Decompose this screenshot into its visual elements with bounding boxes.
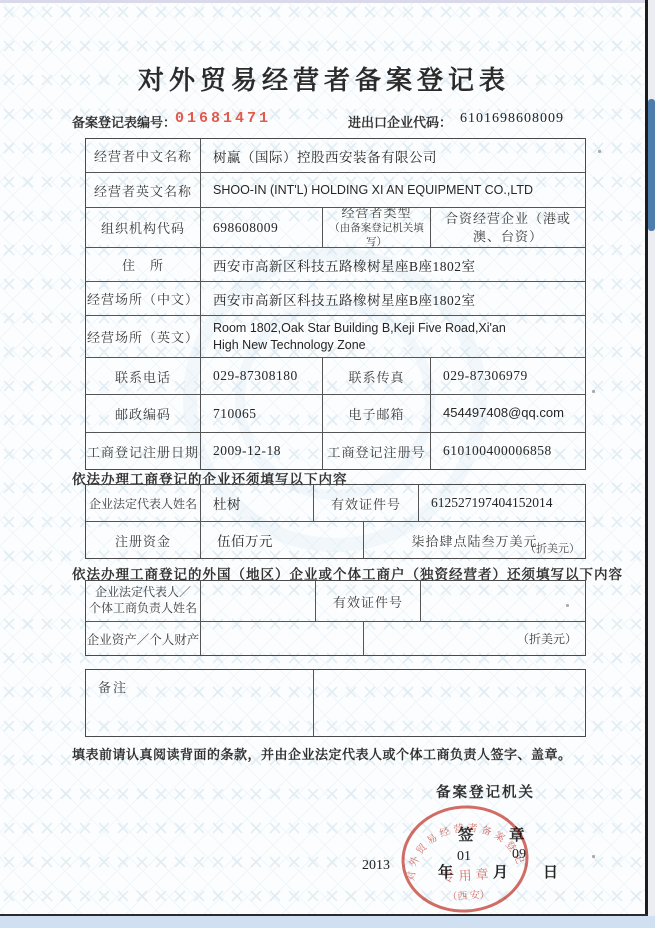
biz-place-en-value: Room 1802,Oak Star Building B,Keji Five … — [201, 316, 585, 358]
reg-date-value: 2009-12-18 — [201, 433, 323, 469]
biz-place-cn-value: 西安市高新区科技五路橡树星座B座1802室 — [201, 282, 585, 316]
reg-no-label: 工商登记注册号 — [323, 433, 431, 469]
usd-note: （折美元） — [525, 540, 580, 556]
foreign-rep-label-cell: 企业法定代表人／ 个体工商负责人姓名 — [86, 581, 201, 622]
remarks-divider — [313, 670, 314, 736]
instruction-note: 填表前请认真阅读背面的条款，并由企业法定代表人或个体工商负责人签字、盖章。 — [72, 744, 572, 763]
official-red-stamp: 对外贸易经营者备案登记 专用章 （西 安） — [395, 798, 540, 920]
email-label: 电子邮箱 — [323, 395, 431, 433]
biz-place-en-label: 经营场所（英文） — [86, 316, 201, 358]
en-name-value: SHOO-IN (INT'L) HOLDING XI AN EQUIPMENT … — [201, 173, 585, 208]
date-day-unit: 日 — [543, 861, 558, 882]
cn-name-value: 树赢（国际）控股西安装备有限公司 — [201, 139, 585, 173]
enterprise-code-label: 进出口企业代码： — [348, 112, 452, 131]
foreign-rep-label-line1: 企业法定代表人／ — [95, 585, 191, 601]
legal-rep-label: 企业法定代表人姓名 — [86, 485, 201, 522]
page-title: 对外贸易经营者备案登记表 — [0, 60, 648, 97]
email-value: 454497408@qq.com — [431, 395, 585, 433]
fax-value: 029-87306979 — [431, 358, 585, 395]
id-number-value: 612527197404152014 — [419, 485, 585, 522]
assets-value-empty — [201, 622, 364, 655]
form-number-label: 备案登记表编号： — [72, 112, 176, 131]
section3-table: 企业法定代表人／ 个体工商负责人姓名 有效证件号 企业资产／个人财产 （折美元） — [85, 580, 586, 656]
fax-label: 联系传真 — [323, 358, 431, 395]
foreign-rep-label-line2: 个体工商负责人姓名 — [89, 601, 197, 617]
en-name-label: 经营者英文名称 — [86, 173, 201, 208]
phone-value: 029-87308180 — [201, 358, 323, 395]
scan-speck — [566, 604, 569, 607]
operator-type-sublabel: （由备案登记机关填写） — [323, 222, 430, 248]
assets-usd-note: （折美元） — [364, 622, 585, 655]
biz-place-cn-label: 经营场所（中文） — [86, 282, 201, 316]
enterprise-code-value: 6101698608009 — [460, 111, 564, 127]
main-info-table: 经营者中文名称 树赢（国际）控股西安装备有限公司 经营者英文名称 SHOO-IN… — [85, 138, 586, 470]
stamp-bottom-text: （西 安） — [447, 887, 490, 903]
scan-edge-top — [0, 0, 655, 3]
assets-label: 企业资产／个人财产 — [86, 622, 201, 655]
address-label: 住 所 — [86, 248, 201, 282]
scanned-registration-form-page: 对外贸易经营者备案登记表 备案登记表编号： 01681471 进出口企业代码： … — [0, 0, 655, 928]
section2-table: 企业法定代表人姓名 杜树 有效证件号 612527197404152014 注册… — [85, 484, 586, 559]
scan-speck — [592, 390, 595, 393]
reg-capital-value: 伍佰万元 — [201, 522, 364, 558]
reg-capital-label: 注册资金 — [86, 522, 201, 558]
address-value: 西安市高新区科技五路橡树星座B座1802室 — [201, 248, 585, 282]
scan-speck — [598, 150, 601, 153]
usd-equivalent-cell: 柒拾肆点陆叁万美元 （折美元） — [364, 522, 585, 558]
zip-value: 710065 — [201, 395, 323, 433]
remarks-label: 备注 — [98, 677, 128, 696]
reg-no-value: 610100400006858 — [431, 433, 585, 469]
operator-type-label: 经营者类型 — [341, 208, 411, 222]
org-code-value: 698608009 — [201, 208, 323, 248]
scan-edge-blue-strip — [648, 99, 655, 231]
foreign-id-value-empty — [421, 581, 585, 622]
scan-edge-bottom-band — [0, 916, 655, 928]
zip-label: 邮政编码 — [86, 395, 201, 433]
org-code-label: 组织机构代码 — [86, 208, 201, 248]
stamp-middle-text: 专用章 — [441, 866, 493, 885]
usd-equivalent-value: 柒拾肆点陆叁万美元 — [411, 531, 537, 550]
foreign-rep-value-empty — [201, 581, 316, 622]
operator-type-label-cell: 经营者类型 （由备案登记机关填写） — [323, 208, 431, 248]
operator-type-value: 合资经营企业（港或澳、台资） — [431, 208, 585, 248]
remarks-box: 备注 — [85, 669, 586, 737]
date-year-value: 2013 — [362, 858, 390, 874]
phone-label: 联系电话 — [86, 358, 201, 395]
foreign-id-label: 有效证件号 — [316, 581, 421, 622]
id-number-label: 有效证件号 — [314, 485, 419, 522]
form-number-value: 01681471 — [175, 110, 271, 127]
legal-rep-value: 杜树 — [201, 485, 314, 522]
reg-date-label: 工商登记注册日期 — [86, 433, 201, 469]
scan-speck — [592, 855, 595, 858]
cn-name-label: 经营者中文名称 — [86, 139, 201, 173]
